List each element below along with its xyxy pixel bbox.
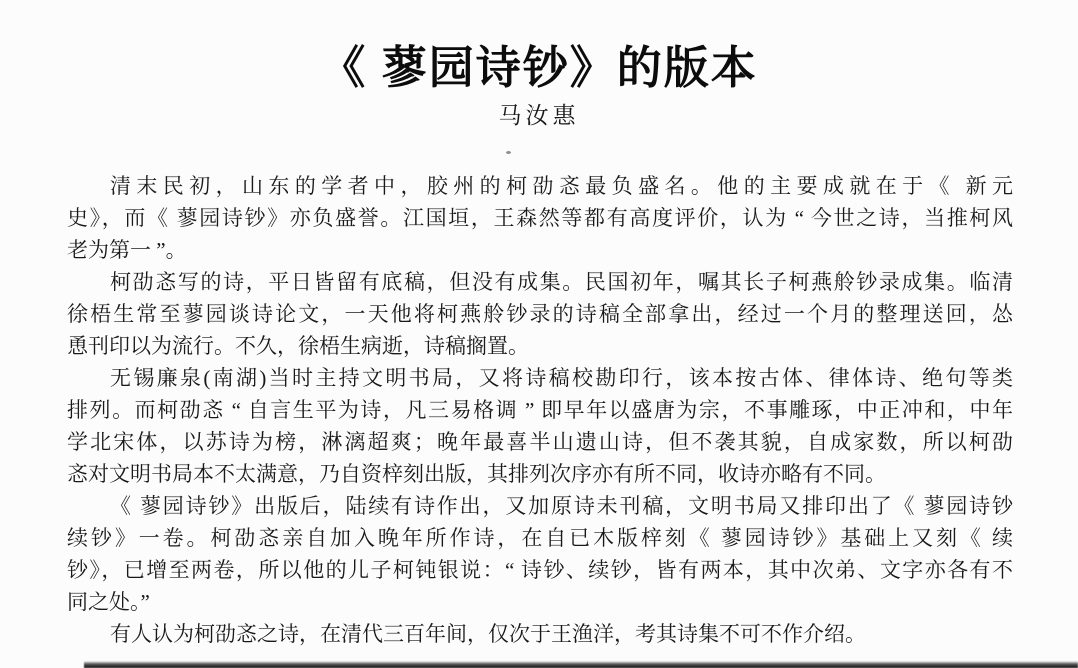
scan-edge-artifact <box>84 661 1078 668</box>
text-line: 有人认为柯劭忞之诗，在清代三百年间，仅次于王渔洋，考其诗集不可不作介绍。 <box>67 618 1013 650</box>
text-line: 钞》，已增至两卷，所以他的儿子柯钝银说：“ 诗钞、续钞，皆有两本，其中次弟、文字… <box>67 554 1013 586</box>
author-name: 马汝惠 <box>0 102 1078 130</box>
text-line: 《 蓼园诗钞》出版后，陆续有诗作出，又加原诗未刊稿，文明书局又排印出了《 蓼园诗… <box>67 490 1013 522</box>
page-title: 《 蓼园诗钞》的版本 <box>0 42 1078 94</box>
scan-speck <box>506 151 511 154</box>
text-line: 徐梧生常至蓼园谈诗论文，一天他将柯燕舲钞录的诗稿全部拿出，经过一个月的整理送回，… <box>67 298 1013 330</box>
text-line: 续钞》一卷。柯劭忞亲自加入晚年所作诗，在自已木版梓刻《 蓼园诗钞》基础上又刻《 … <box>67 522 1013 554</box>
text-line: 学北宋体，以苏诗为榜，淋漓超爽；晚年最喜半山遗山诗，但不袭其貌，自成家数，所以柯… <box>67 426 1013 458</box>
text-line: 史》，而《 蓼园诗钞》亦负盛誉。江国垣，王森然等都有高度评价，认为 “ 今世之诗… <box>67 202 1013 234</box>
text-line: 柯劭忞写的诗，平日皆留有底稿，但没有成集。民国初年，嘱其长子柯燕舲钞录成集。临清 <box>67 266 1013 298</box>
text-line: 恿刊印以为流行。不久，徐梧生病逝，诗稿搁置。 <box>67 330 1013 362</box>
text-line: 无锡廉泉(南湖)当时主持文明书局，又将诗稿校勘印行，该本按古体、律体诗、绝句等类 <box>67 362 1013 394</box>
text-line: 同之处。” <box>67 586 1013 618</box>
text-line: 忞对文明书局本不太满意，乃自资梓刻出版，其排列次序亦有所不同，收诗亦略有不同。 <box>67 458 1013 490</box>
article-body: 清末民初，山东的学者中，胶州的柯劭忞最负盛名。他的主要成就在于《 新元史》，而《… <box>67 170 1013 650</box>
text-line: 排列。而柯劭忞 “ 自言生平为诗，凡三易格调 ” 即早年以盛唐为宗，不事雕琢，中… <box>67 394 1013 426</box>
scanned-document-page: 《 蓼园诗钞》的版本 马汝惠 清末民初，山东的学者中，胶州的柯劭忞最负盛名。他的… <box>0 0 1078 668</box>
text-line: 清末民初，山东的学者中，胶州的柯劭忞最负盛名。他的主要成就在于《 新元 <box>67 170 1013 202</box>
text-line: 老为第一 ”。 <box>67 234 1013 266</box>
